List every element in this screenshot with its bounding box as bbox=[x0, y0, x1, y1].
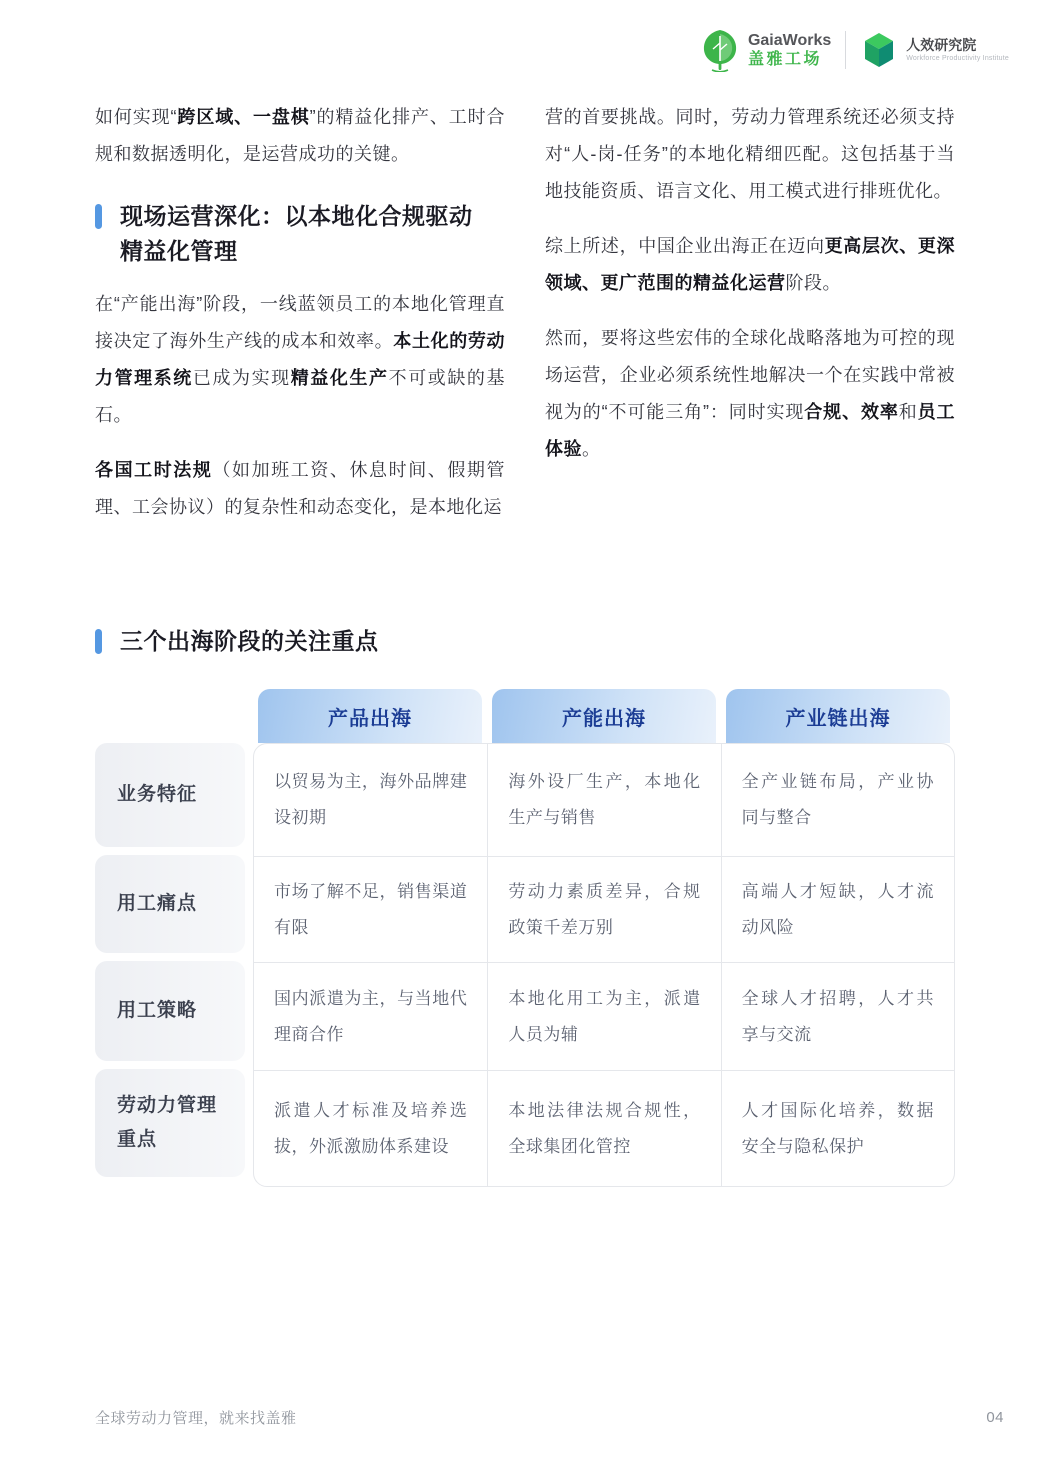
left-column: 如何实现“跨区域、一盘棋”的精益化排产、工时合规和数据透明化，是运营成功的关键。… bbox=[95, 99, 505, 544]
table-cell: 派遣人才标准及培养选拔，外派激励体系建设 bbox=[254, 1070, 487, 1186]
gaiaworks-name-en: GaiaWorks bbox=[748, 32, 831, 50]
table-cell-grid: 以贸易为主，海外品牌建设初期 海外设厂生产，本地化生产与销售 全产业链布局，产业… bbox=[253, 743, 955, 1187]
institute-name-en: Workforce Productivity Institute bbox=[906, 54, 1009, 63]
row-label-column: 业务特征 用工痛点 用工策略 劳动力管理重点 bbox=[95, 743, 245, 1187]
paragraph-regulations: 各国工时法规（如加班工资、休息时间、假期管理、工会协议）的复杂性和动态变化，是本… bbox=[95, 452, 505, 526]
paragraph-challenge: 营的首要挑战。同时，劳动力管理系统还必须支持对“人-岗-任务”的本地化精细匹配。… bbox=[545, 99, 955, 210]
main-content: 如何实现“跨区域、一盘棋”的精益化排产、工时合规和数据透明化，是运营成功的关键。… bbox=[95, 0, 955, 1187]
table-cell: 海外设厂生产，本地化生产与销售 bbox=[487, 744, 720, 856]
table-cell: 人才国际化培养，数据安全与隐私保护 bbox=[721, 1070, 954, 1186]
row-label: 用工痛点 bbox=[95, 855, 245, 953]
document-page: GaiaWorks 盖雅工场 人效研究院 Workforce Productiv… bbox=[0, 0, 1049, 1474]
table-cell: 全球人才招聘，人才共享与交流 bbox=[721, 962, 954, 1070]
row-label: 用工策略 bbox=[95, 961, 245, 1061]
table-cell: 市场了解不足，销售渠道有限 bbox=[254, 856, 487, 962]
right-column: 营的首要挑战。同时，劳动力管理系统还必须支持对“人-岗-任务”的本地化精细匹配。… bbox=[545, 99, 955, 544]
row-label: 劳动力管理重点 bbox=[95, 1069, 245, 1177]
page-number: 04 bbox=[986, 1409, 1004, 1426]
column-header-supply-chain: 产业链出海 bbox=[726, 689, 950, 743]
table-cell: 全产业链布局，产业协同与整合 bbox=[721, 744, 954, 856]
column-header-product: 产品出海 bbox=[258, 689, 482, 743]
paragraph-intro: 如何实现“跨区域、一盘棋”的精益化排产、工时合规和数据透明化，是运营成功的关键。 bbox=[95, 99, 505, 173]
table-header-row: 产品出海 产能出海 产业链出海 bbox=[253, 689, 955, 743]
institute-cube-icon bbox=[860, 30, 898, 70]
row-label: 业务特征 bbox=[95, 743, 245, 847]
table-cell: 本地法律法规合规性，全球集团化管控 bbox=[487, 1070, 720, 1186]
accent-bar-icon bbox=[95, 204, 102, 229]
footer-tagline: 全球劳动力管理，就来找盖雅 bbox=[95, 1407, 297, 1428]
page-footer: 全球劳动力管理，就来找盖雅 04 bbox=[95, 1407, 1004, 1428]
section-heading-stages: 三个出海阶段的关注重点 bbox=[95, 624, 955, 659]
section-heading-text: 三个出海阶段的关注重点 bbox=[120, 624, 379, 659]
institute-logo: 人效研究院 Workforce Productivity Institute bbox=[860, 30, 1009, 70]
header-logos: GaiaWorks 盖雅工场 人效研究院 Workforce Productiv… bbox=[700, 28, 1009, 72]
table-cell: 以贸易为主，海外品牌建设初期 bbox=[254, 744, 487, 856]
stage-comparison-table: 产品出海 产能出海 产业链出海 业务特征 用工痛点 用工策略 劳动力管理重点 以… bbox=[95, 689, 955, 1187]
column-header-capacity: 产能出海 bbox=[492, 689, 716, 743]
institute-name-cn: 人效研究院 bbox=[906, 37, 1009, 54]
table-cell: 高端人才短缺，人才流动风险 bbox=[721, 856, 954, 962]
section-heading-text: 现场运营深化：以本地化合规驱动 精益化管理 bbox=[120, 199, 473, 269]
text-columns: 如何实现“跨区域、一盘棋”的精益化排产、工时合规和数据透明化，是运营成功的关键。… bbox=[95, 99, 955, 544]
gaiaworks-name-cn: 盖雅工场 bbox=[748, 50, 831, 69]
table-cell: 国内派遣为主，与当地代理商合作 bbox=[254, 962, 487, 1070]
table-cell: 本地化用工为主，派遣人员为辅 bbox=[487, 962, 720, 1070]
gaiaworks-logo: GaiaWorks 盖雅工场 bbox=[700, 28, 831, 72]
paragraph-summary: 综上所述，中国企业出海正在迈向更高层次、更深领域、更广范围的精益化运营阶段。 bbox=[545, 228, 955, 302]
gaiaworks-tree-icon bbox=[700, 28, 740, 72]
paragraph-triangle: 然而，要将这些宏伟的全球化战略落地为可控的现场运营，企业必须系统性地解决一个在实… bbox=[545, 320, 955, 468]
paragraph-localization: 在“产能出海”阶段，一线蓝领员工的本地化管理直接决定了海外生产线的成本和效率。本… bbox=[95, 286, 505, 434]
logo-divider bbox=[845, 31, 846, 69]
section-heading-operations: 现场运营深化：以本地化合规驱动 精益化管理 bbox=[95, 199, 505, 269]
table-cell: 劳动力素质差异，合规政策千差万别 bbox=[487, 856, 720, 962]
table-body: 业务特征 用工痛点 用工策略 劳动力管理重点 以贸易为主，海外品牌建设初期 海外… bbox=[95, 743, 955, 1187]
gaiaworks-logo-text: GaiaWorks 盖雅工场 bbox=[748, 32, 831, 69]
institute-logo-text: 人效研究院 Workforce Productivity Institute bbox=[906, 37, 1009, 63]
accent-bar-icon bbox=[95, 629, 102, 654]
